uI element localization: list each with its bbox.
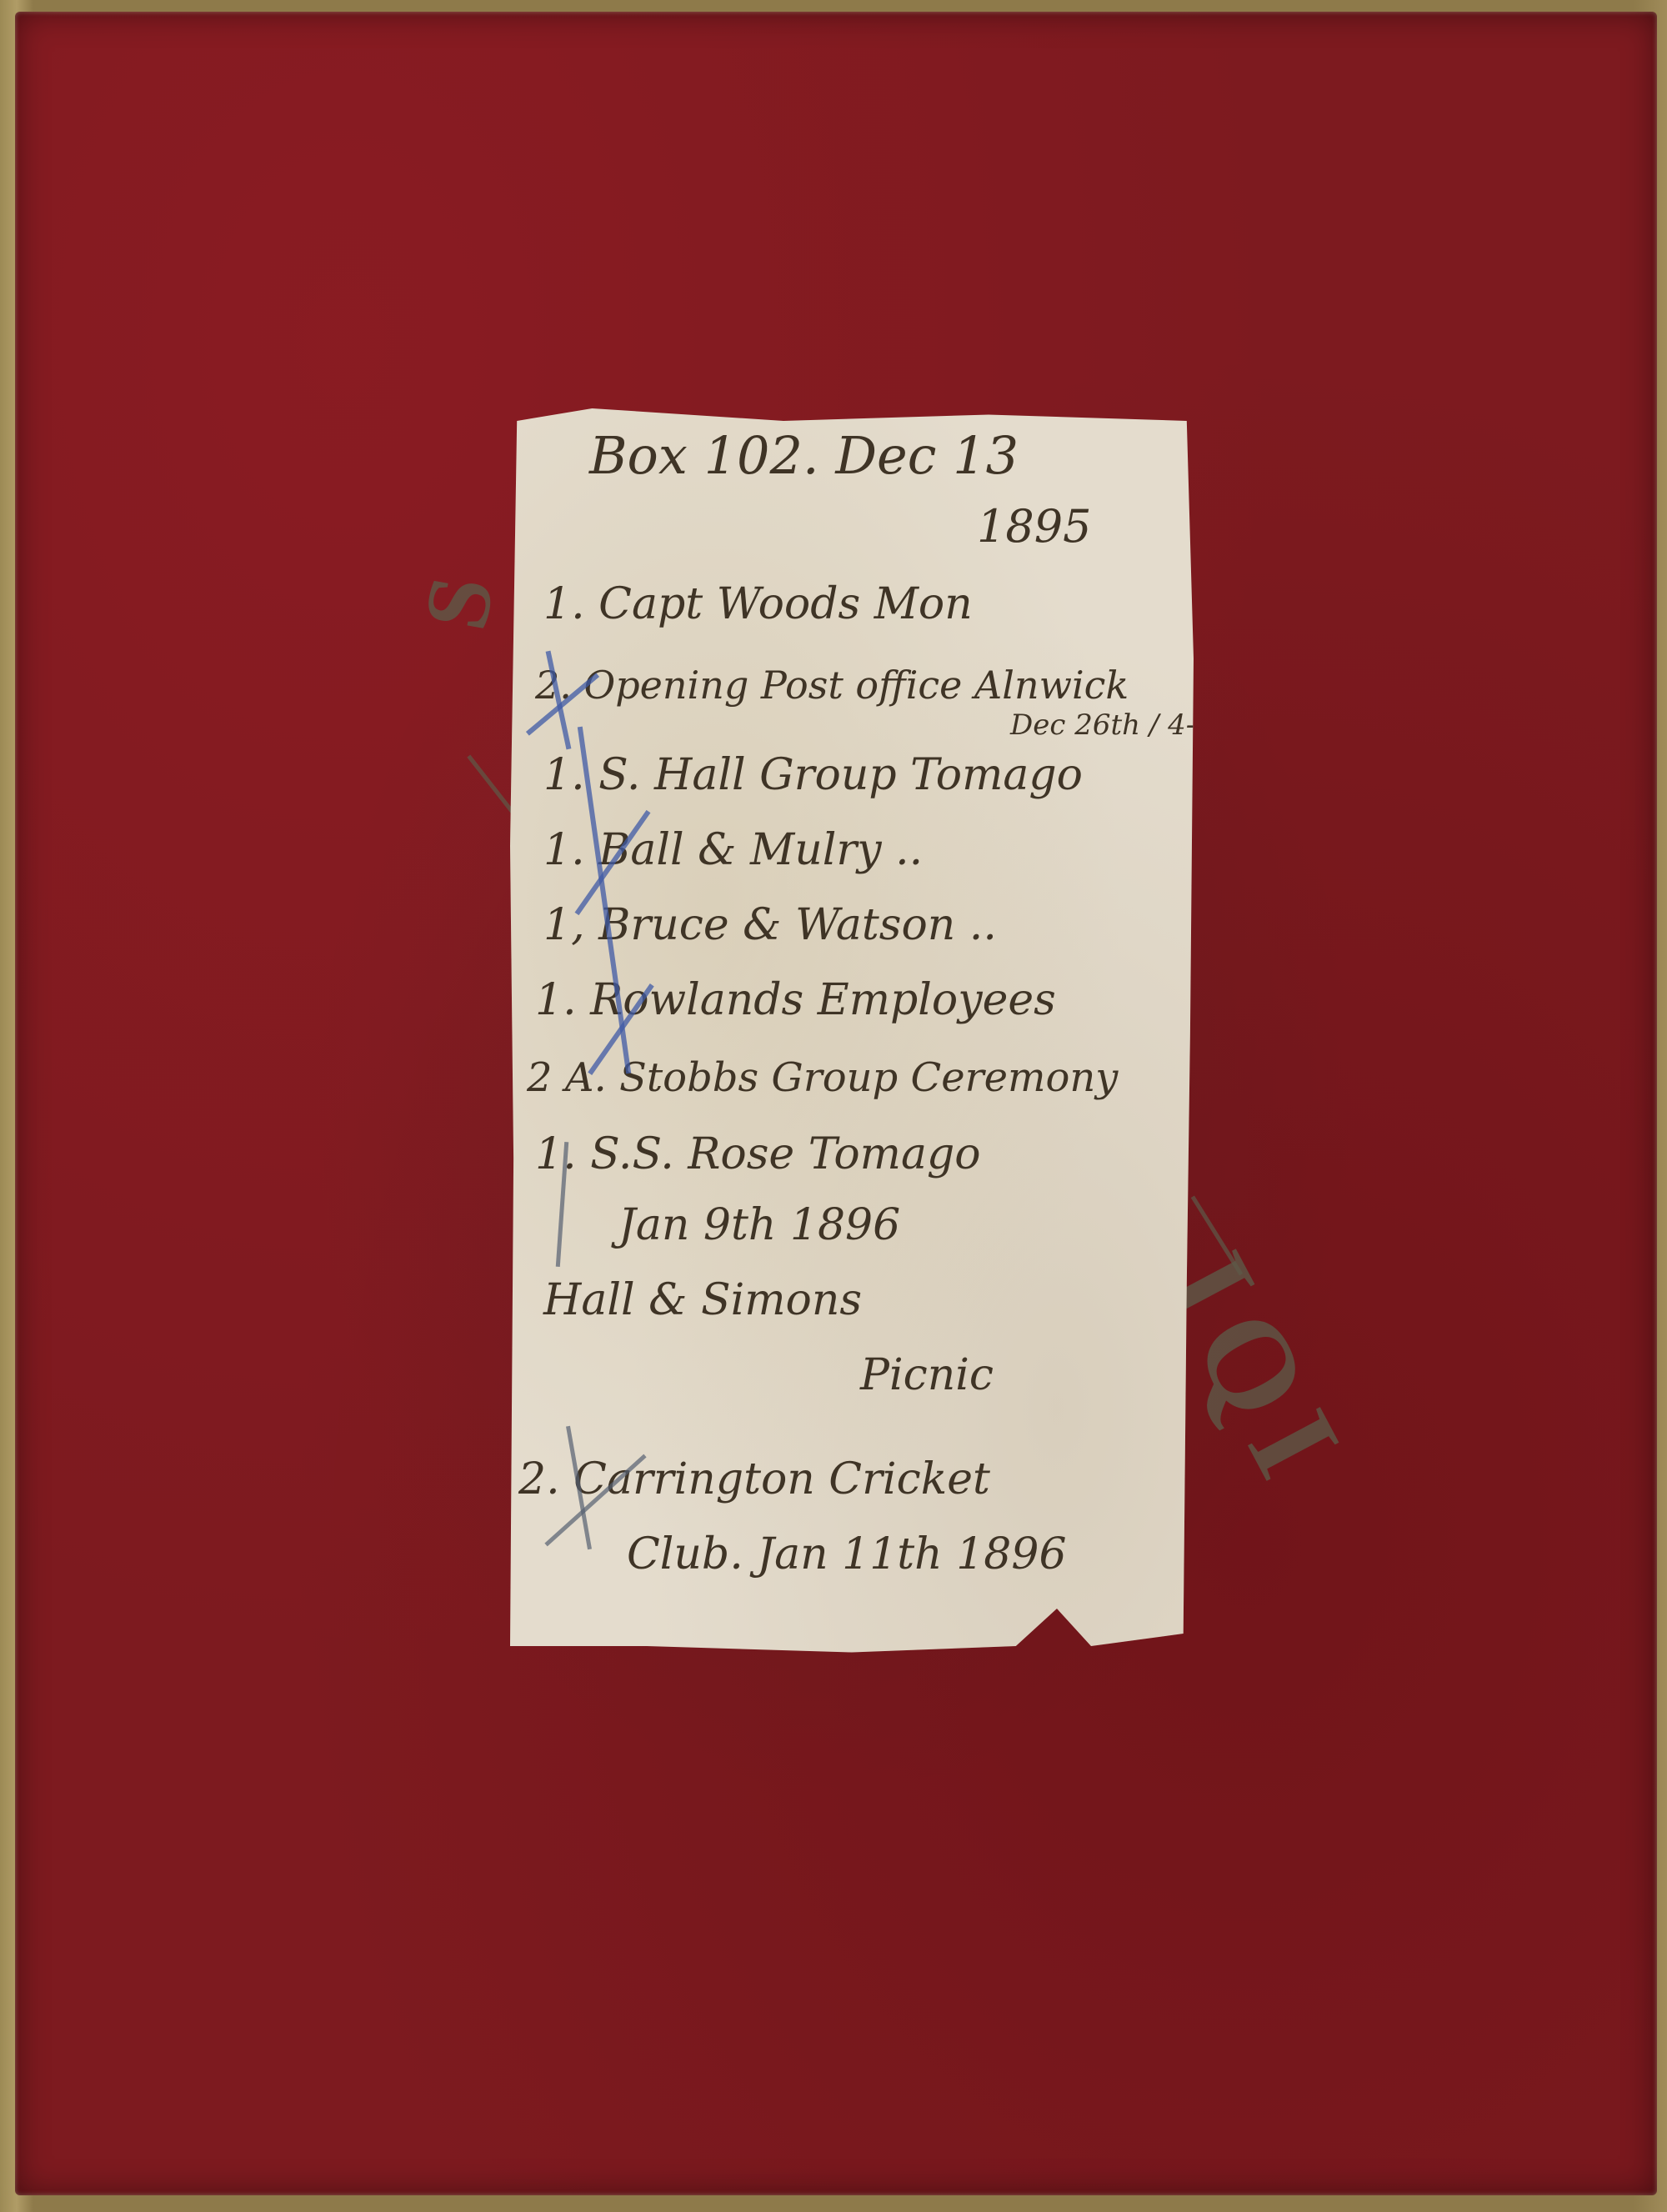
entry-text: Ball & Mulry .. xyxy=(598,825,923,875)
entry-qty: 1. xyxy=(543,750,585,800)
entry-text: S.S. Rose Tomago xyxy=(590,1129,980,1179)
entry-2: 2. Opening Post office Alnwick xyxy=(535,663,1129,708)
entry-10: 2. Carrington Cricket xyxy=(518,1454,990,1504)
entry-text: Opening Post office Alnwick xyxy=(584,663,1129,708)
entry-8-date: Jan 9th 1896 xyxy=(618,1200,900,1250)
entry-text: Hall & Simons xyxy=(543,1275,862,1325)
entry-qty: 1. xyxy=(535,1129,577,1179)
entry-text: S. Hall Group Tomago xyxy=(598,750,1083,800)
entry-text: A. Stobbs Group Ceremony xyxy=(565,1054,1119,1101)
entry-1: 1. Capt Woods Mon xyxy=(543,579,973,629)
entry-9-extra: Picnic xyxy=(860,1350,994,1400)
entry-text: Capt Woods Mon xyxy=(598,579,973,629)
label-header-box: Box 102. Dec 13 xyxy=(589,425,1019,486)
entry-qty: 1. xyxy=(543,825,585,875)
entry-9: Hall & Simons xyxy=(543,1275,862,1325)
entry-qty: 2 xyxy=(527,1054,553,1101)
entry-qty: 1. xyxy=(543,579,585,629)
entry-3: 1. S. Hall Group Tomago xyxy=(543,750,1083,800)
entry-qty: 1. xyxy=(535,975,577,1025)
handwritten-label: Box 102. Dec 13 1895 1. Capt Woods Mon 2… xyxy=(510,408,1194,1659)
entry-8: 1. S.S. Rose Tomago xyxy=(535,1129,981,1179)
entry-2-note: Dec 26th / 4- xyxy=(1010,708,1195,742)
entry-10-extra: Club. Jan 11th 1896 xyxy=(627,1529,1067,1579)
entry-text: Bruce & Watson .. xyxy=(598,900,997,950)
entry-qty: 2. xyxy=(518,1454,560,1504)
entry-text: Rowlands Employees xyxy=(590,975,1056,1025)
label-header-year: 1895 xyxy=(977,500,1091,553)
entry-7: 2 A. Stobbs Group Ceremony xyxy=(527,1054,1118,1101)
